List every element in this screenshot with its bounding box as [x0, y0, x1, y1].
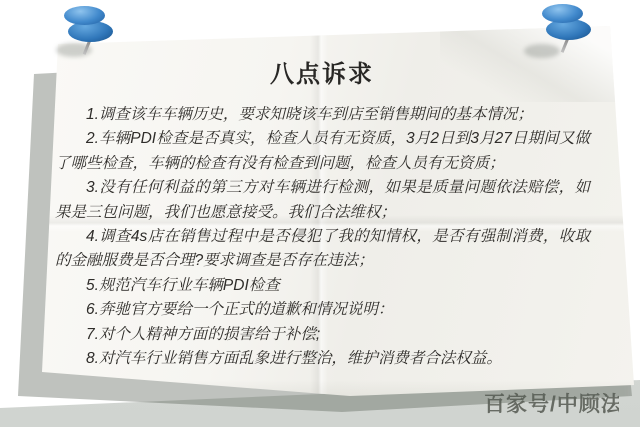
- demand-item: 4.调查4s店在销售过程中是否侵犯了我的知情权，是否有强制消费，收取的金融服费是…: [55, 225, 590, 274]
- demand-list: 1.调查该车车辆历史，要求知晓该车到店至销售期间的基本情况； 2.车辆PDI检查…: [55, 103, 590, 371]
- demand-item: 8.对汽车行业销售方面乱象进行整治，维护消费者合法权益。: [55, 347, 590, 371]
- demand-item: 5.规范汽车行业车辆PDI检查: [55, 274, 590, 298]
- pushpin-upper-disc: [64, 6, 105, 25]
- demand-item: 1.调查该车车辆历史，要求知晓该车到店至销售期间的基本情况；: [55, 103, 590, 127]
- pinned-note-photo: 百家号/中顾法 八点诉求 1.调查该车车辆历史，要求知晓该车到店至销售期间的基本…: [0, 0, 640, 427]
- pushpin-icon: [56, 2, 120, 66]
- pushpin-shadow: [524, 44, 560, 58]
- pushpin-icon: [534, 0, 598, 64]
- demand-item: 2.车辆PDI检查是否真实，检查人员有无资质，3月2日到3月27日期间又做了哪些…: [55, 127, 590, 176]
- demand-item: 6.奔驰官方要给一个正式的道歉和情况说明：: [55, 298, 590, 322]
- pushpin-upper-disc: [542, 4, 583, 23]
- demand-item: 3.没有任何利益的第三方对车辆进行检测，如果是质量问题依法赔偿，如果是三包问题，…: [55, 176, 590, 225]
- demand-item: 7.对个人精神方面的损害给于补偿;: [55, 323, 590, 347]
